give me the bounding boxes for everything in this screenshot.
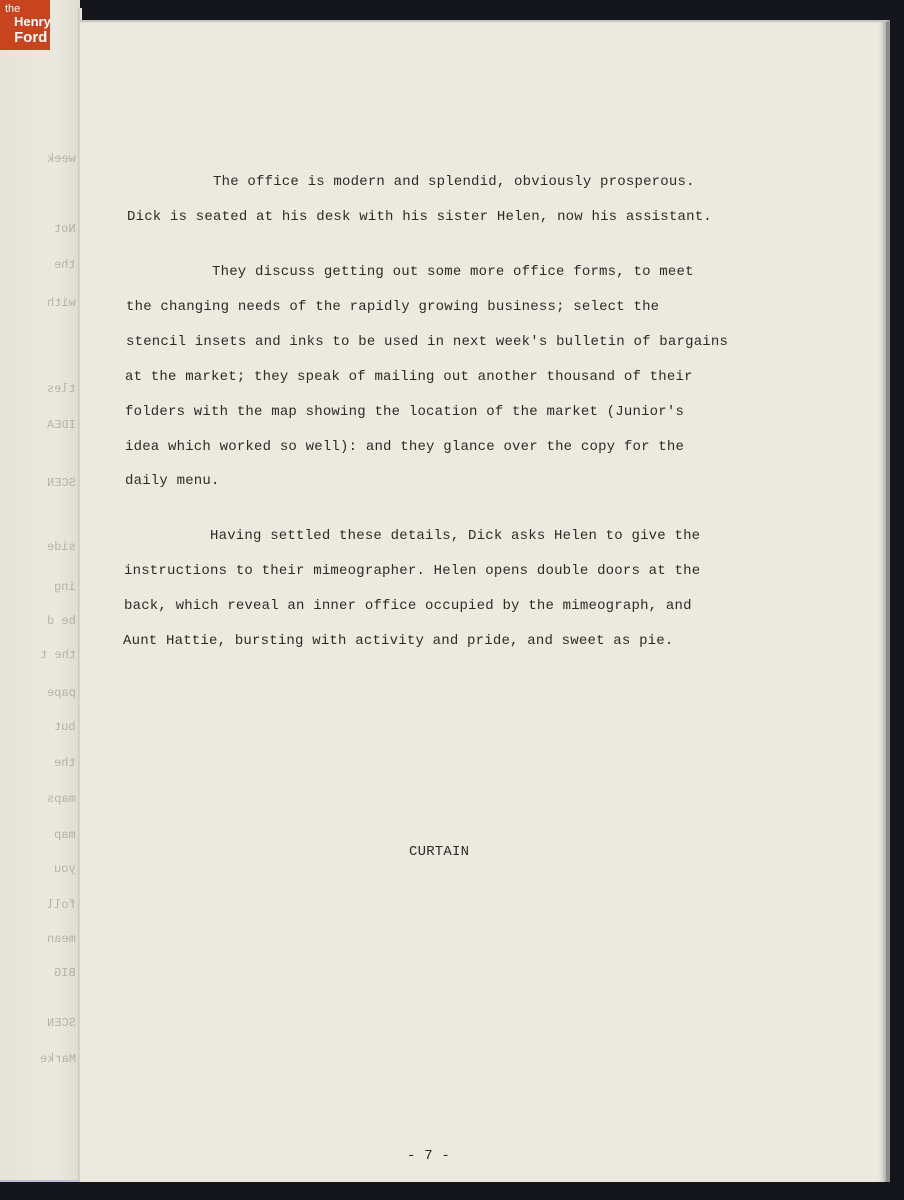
bleed-through-text: maps xyxy=(47,792,76,806)
bleed-through-text: the xyxy=(54,258,76,272)
text-line: idea which worked so well): and they gla… xyxy=(125,439,684,455)
bleed-through-text: SCEN xyxy=(47,476,76,490)
bleed-through-text: BIG xyxy=(54,966,76,980)
text-line: instructions to their mimeographer. Hele… xyxy=(124,563,700,579)
bleed-through-text: IDEA xyxy=(47,418,76,432)
bleed-through-text: mean xyxy=(47,932,76,946)
bleed-through-text: Not xyxy=(54,222,76,236)
bleed-through-text: with xyxy=(47,296,76,310)
text-line: folders with the map showing the locatio… xyxy=(125,404,684,420)
page-number: - 7 - xyxy=(407,1148,450,1164)
text-line: They discuss getting out some more offic… xyxy=(212,264,694,280)
bleed-through-text: map xyxy=(54,828,76,842)
curtain-label: CURTAIN xyxy=(409,844,469,860)
text-line: the changing needs of the rapidly growin… xyxy=(126,299,659,315)
bleed-through-text: the xyxy=(54,756,76,770)
text-line: at the market; they speak of mailing out… xyxy=(125,369,693,385)
logo-henry: Henry xyxy=(14,15,51,28)
bleed-through-text: you xyxy=(54,862,76,876)
text-line: daily menu. xyxy=(125,473,220,489)
bleed-through-text: ing xyxy=(54,580,76,594)
text-line: Aunt Hattie, bursting with activity and … xyxy=(123,633,674,649)
bleed-through-text: pape xyxy=(47,686,76,700)
bleed-through-text: week xyxy=(47,152,76,166)
bleed-through-text: but xyxy=(54,720,76,734)
left-page-edge: weekNotthewithtlesIDEASCENsideingbe dthe… xyxy=(0,0,80,1182)
text-line: Having settled these details, Dick asks … xyxy=(210,528,700,544)
henry-ford-logo: the Henry Ford xyxy=(0,0,50,50)
logo-ford: Ford xyxy=(14,30,47,45)
bleed-through-text: the t xyxy=(40,648,76,662)
bleed-through-text: be d xyxy=(47,614,76,628)
text-line: back, which reveal an inner office occup… xyxy=(124,598,692,614)
bleed-through-text: SCEN xyxy=(47,1016,76,1030)
bleed-through-text: side xyxy=(47,540,76,554)
bleed-through-text: Marke xyxy=(40,1052,76,1066)
text-line: Dick is seated at his desk with his sist… xyxy=(127,209,712,225)
text-line: The office is modern and splendid, obvio… xyxy=(213,174,695,190)
text-line: stencil insets and inks to be used in ne… xyxy=(126,334,728,350)
scanned-document-viewer: weekNotthewithtlesIDEASCENsideingbe dthe… xyxy=(0,0,904,1200)
bleed-through-text: foll xyxy=(47,898,76,912)
bleed-through-text: tles xyxy=(47,382,76,396)
